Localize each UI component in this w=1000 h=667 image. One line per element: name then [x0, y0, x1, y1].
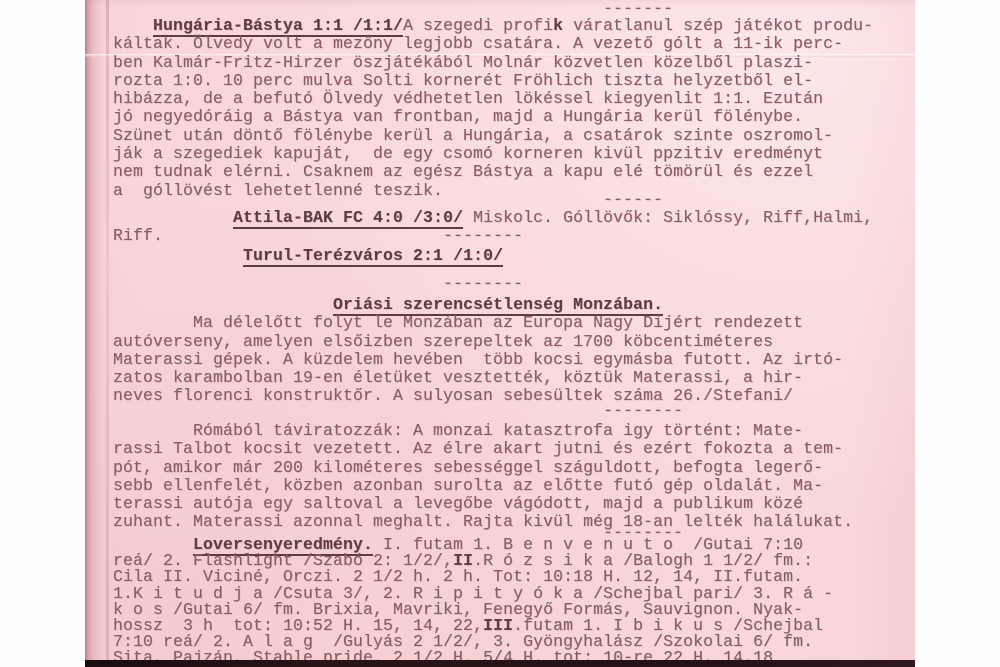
text-segment: váratlanul szép játékot produ-: [563, 16, 873, 35]
text-segment: káltak. Ölvedy volt a mezőny legjobb csa…: [113, 34, 843, 53]
text-segment: autóverseny, amelyen elsőizben szerepelt…: [113, 332, 773, 351]
text-segment: --------: [443, 226, 523, 245]
text-line: ------: [113, 191, 899, 209]
text-line: ják a szegediek kapuját, de egy csomó ko…: [113, 145, 899, 163]
text-segment: [113, 16, 153, 35]
text-line: zatos karambolban 19-en életüket vesztet…: [113, 369, 899, 387]
section-attila-bak-result: Attila-BAK FC 4:0 /3:0/ Miskolc. Góllövő…: [113, 209, 899, 246]
text-line: Oriási szerencsétlenség Monzában.: [113, 296, 899, 314]
text-line: Szünet után döntő fölénybe kerül a Hungá…: [113, 127, 899, 145]
scanner-background-left: [0, 0, 85, 667]
section-monza-disaster-report: Oriási szerencsétlenség Monzában. Ma dél…: [113, 296, 899, 406]
text-line: Materassi gépek. A küzdelem hevében több…: [113, 351, 899, 369]
text-line: --------: [113, 402, 899, 420]
text-line: autóverseny, amelyen elsőizben szerepelt…: [113, 333, 899, 351]
text-segment: rozta 1:0. 10 perc mulva Solti kornerét …: [113, 71, 813, 90]
section-horse-racing-results: Loversenyeredmény. I. futam 1. B e n v e…: [113, 537, 899, 667]
underlined-heading-text: Turul-Terézváros 2:1 /1:0/: [243, 246, 503, 267]
text-segment: rassi Talbot kocsit vezetett. Az élre ak…: [113, 439, 843, 458]
text-line: Turul-Terézváros 2:1 /1:0/: [113, 247, 899, 265]
text-line: ben Kalmár-Fritz-Hirzer öszjátékából Mol…: [113, 54, 899, 72]
text-segment: k: [553, 16, 563, 35]
text-segment: [113, 208, 233, 227]
text-segment: Riff.: [113, 226, 163, 245]
text-segment: terassi autója egy saltoval a levegőbe v…: [113, 494, 803, 513]
text-line: nem tudnak elérni. Csaknem az egész Bást…: [113, 163, 899, 181]
text-line: Rómából táviratozzák: A monzai katasztro…: [113, 422, 899, 440]
text-segment: ------: [113, 190, 663, 209]
text-segment: Rómából táviratozzák: A monzai katasztro…: [113, 421, 803, 440]
section-hungaria-bastya-match-report: Hungária-Bástya 1:1 /1:1/A szegedi profi…: [113, 17, 899, 200]
text-segment: A szegedi profi: [403, 16, 553, 35]
text-segment: Materassi gépek. A küzdelem hevében több…: [113, 350, 843, 369]
separator-dashes: --------: [113, 275, 899, 293]
text-line: pót, amikor már 200 kilométeres sebesség…: [113, 459, 899, 477]
text-line: káltak. Ölvedy volt a mezőny legjobb csa…: [113, 35, 899, 53]
text-segment: Miskolc. Góllövők: Siklóssy, Riff,Halmi,: [463, 208, 873, 227]
text-line: Attila-BAK FC 4:0 /3:0/ Miskolc. Góllövő…: [113, 209, 899, 227]
text-segment: ben Kalmár-Fritz-Hirzer öszjátékából Mol…: [113, 53, 813, 72]
text-segment: nem tudnak elérni. Csaknem az egész Bást…: [113, 162, 813, 181]
text-line: rozta 1:0. 10 perc mulva Solti kornerét …: [113, 72, 899, 90]
text-segment: --------: [113, 401, 683, 420]
text-line: rassi Talbot kocsit vezetett. Az élre ak…: [113, 440, 899, 458]
text-line: jó negyedóráig a Bástya van frontban, ma…: [113, 108, 899, 126]
scan-bottom-dark-edge: [85, 660, 915, 667]
text-segment: [113, 295, 333, 314]
section-rome-telegram-report: Rómából táviratozzák: A monzai katasztro…: [113, 422, 899, 532]
text-segment: pót, amikor már 200 kilométeres sebesség…: [113, 458, 823, 477]
text-segment: Szünet után döntő fölénybe kerül a Hungá…: [113, 126, 833, 145]
text-segment: zatos karambolban 19-en életüket vesztet…: [113, 368, 803, 387]
text-line: Riff. --------: [113, 227, 899, 245]
separator-dashes: ------: [113, 191, 899, 209]
text-segment: ják a szegediek kapuját, de egy csomó ko…: [113, 144, 823, 163]
separator-dashes: --------: [113, 402, 899, 420]
text-line: Ma délelőtt folyt le Monzában az Europa …: [113, 314, 899, 332]
scanned-document: ------- Hungária-Bástya 1:1 /1:1/A szege…: [0, 0, 1000, 667]
text-segment: hibázza, de a befutó Ölvedy védhetetlen …: [113, 89, 823, 108]
text-segment: sebb ellenfelét, közben azonban surolta …: [113, 476, 823, 495]
text-line: hibázza, de a befutó Ölvedy védhetetlen …: [113, 90, 899, 108]
typewritten-text: ------- Hungária-Bástya 1:1 /1:1/A szege…: [85, 0, 915, 667]
text-segment: [163, 226, 443, 245]
text-line: sebb ellenfelét, közben azonban surolta …: [113, 477, 899, 495]
text-line: Hungária-Bástya 1:1 /1:1/A szegedi profi…: [113, 17, 899, 35]
text-segment: [113, 246, 243, 265]
text-line: --------: [113, 275, 899, 293]
document-page: ------- Hungária-Bástya 1:1 /1:1/A szege…: [85, 0, 915, 667]
text-segment: --------: [113, 274, 523, 293]
text-segment: jó negyedóráig a Bástya van frontban, ma…: [113, 107, 803, 126]
text-segment: Ma délelőtt folyt le Monzában az Europa …: [113, 313, 803, 332]
text-line: terassi autója egy saltoval a levegőbe v…: [113, 495, 899, 513]
section-turul-terezvaros-result: Turul-Terézváros 2:1 /1:0/: [113, 247, 899, 265]
scanner-background-right: [915, 0, 1000, 667]
